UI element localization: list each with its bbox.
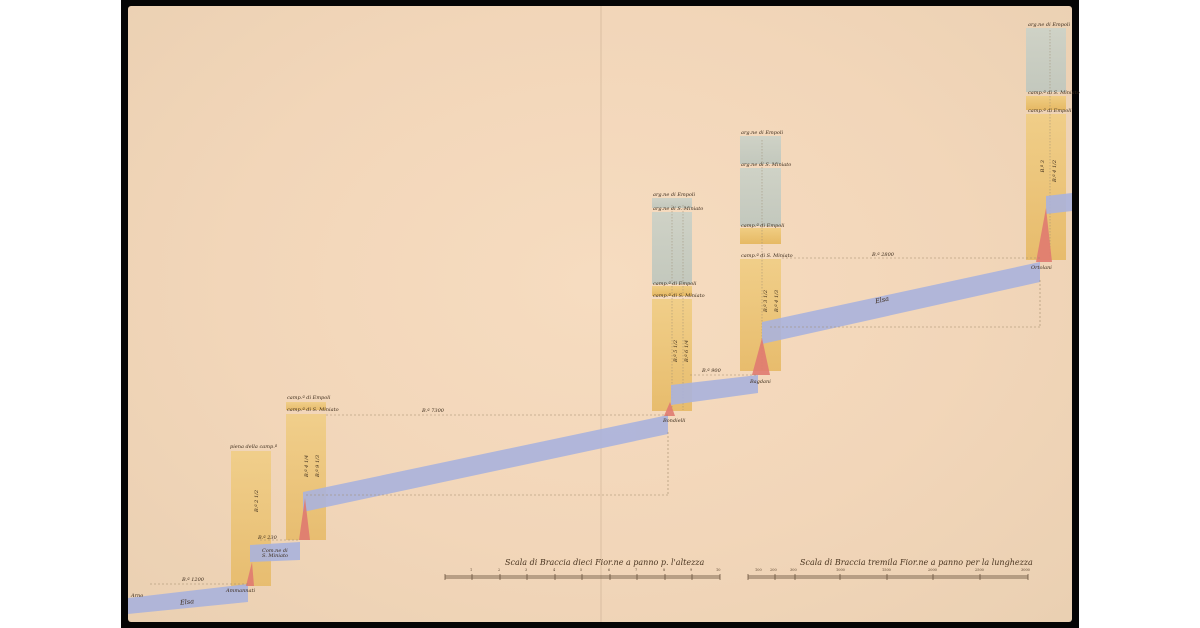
length-tick: 300 (790, 568, 797, 572)
distance-label-3: B.ª 7300 (422, 408, 444, 414)
height-tick: 3 (525, 568, 527, 572)
column-bondielli (652, 198, 692, 411)
height-tick: 2 (498, 568, 500, 572)
distance-label-1: B.ª 1200 (182, 577, 204, 583)
column-ammannati (231, 451, 271, 586)
height-tick: 5 (580, 568, 582, 572)
length-tick: 100 (755, 568, 762, 572)
height-label-a: B.ª 2 1/2 (254, 490, 260, 512)
height-label-f: B.ª 3 1/2 (763, 290, 769, 312)
height-label-h: B.ª 3 (1040, 160, 1046, 172)
height-tick: 1 (470, 568, 472, 572)
column-1-top-label: piena della camp.ª (230, 444, 277, 450)
height-tick: 7 (635, 568, 637, 572)
height-label-c: B.ª 9 1/3 (315, 455, 321, 477)
length-tick: 3000 (1021, 568, 1030, 572)
column-3-label-c: camp.ª di Empoli (653, 281, 696, 287)
length-scale-title: Scala di Braccia tremila Fior.ne a panno… (800, 558, 1033, 567)
height-label-e: B.ª 6 1/4 (684, 340, 690, 362)
distance-label-5: B.ª 2800 (872, 252, 894, 258)
length-tick: 200 (770, 568, 777, 572)
column-3-label-a: arg.ne di Empoli (653, 192, 695, 198)
mill-label-bagdani: Bagdani (750, 379, 771, 385)
column-3-label-d: camp.ª di S. Miniato (653, 293, 705, 299)
column-3-label-b: arg.ne di S. Miniato (653, 206, 703, 212)
height-tick: 9 (690, 568, 692, 572)
mill-label-s-miniato: Com.ne di S. Miniato (262, 549, 292, 559)
column-2-label-b: camp.ª di S. Miniato (287, 407, 339, 413)
length-tick: 2000 (928, 568, 937, 572)
length-tick: 2500 (975, 568, 984, 572)
height-label-d: B.ª 5 1/2 (673, 340, 679, 362)
column-5-label-a: arg.ne di Empoli (1028, 22, 1070, 28)
height-tick: 6 (608, 568, 610, 572)
height-label-i: B.ª 4 1/2 (1052, 160, 1058, 182)
height-label-g: B.ª 4 1/3 (774, 290, 780, 312)
column-4-label-d: camp.ª di S. Miniato (741, 253, 793, 259)
height-scale-title: Scala di Braccia dieci Fior.ne a panno p… (505, 558, 704, 567)
column-2-label-a: camp.ª di Empoli (287, 395, 330, 401)
length-scale-bar (748, 574, 1028, 580)
length-tick: 1500 (882, 568, 891, 572)
height-tick: 10 (716, 568, 720, 572)
river-label-lower: Elsa (180, 597, 195, 606)
height-label-b: B.ª 4 1/4 (304, 455, 310, 477)
height-tick: 8 (663, 568, 665, 572)
distance-label-2: B.ª 230 (258, 535, 277, 541)
distance-label-4: B.ª 900 (702, 368, 721, 374)
mill-label-ortolani: Ortolani (1031, 265, 1052, 271)
column-4-label-b: arg.ne di S. Miniato (741, 162, 791, 168)
column-5-label-c: camp.ª di Empoli (1028, 108, 1071, 114)
weir-drops (246, 208, 1052, 586)
mill-label-ammannati: Ammannati (226, 588, 255, 594)
height-tick: 4 (553, 568, 555, 572)
column-5-label-b: camp.ª di S. Miniato (1028, 90, 1080, 96)
profile-drawing (0, 0, 1200, 628)
mill-label-bondielli: Bondielli (663, 418, 685, 424)
column-4-label-a: arg.ne di Empoli (741, 130, 783, 136)
length-tick: 1000 (836, 568, 845, 572)
column-4-label-c: camp.ª di Empoli (741, 223, 784, 229)
height-scale-bar (445, 574, 720, 580)
arno-label: Arno (131, 593, 143, 599)
